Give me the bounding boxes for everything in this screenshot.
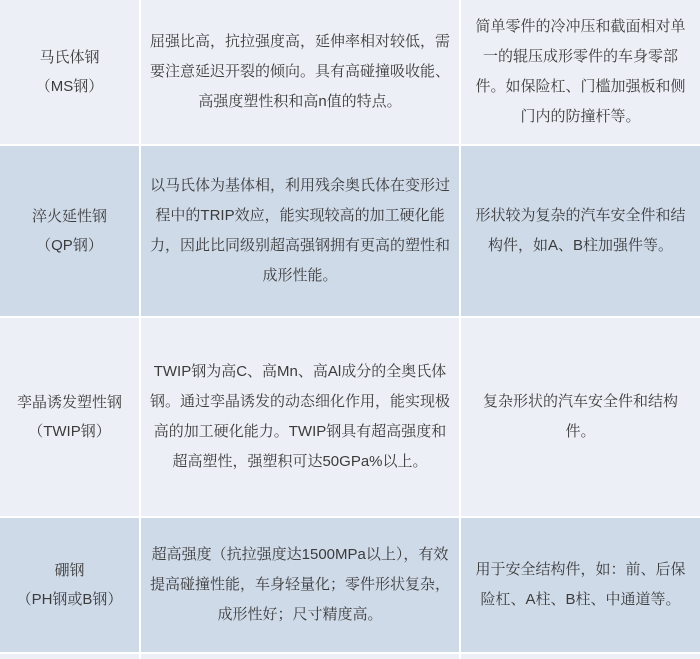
steel-name-cell: 孪晶诱发塑性钢 （TWIP钢）: [0, 318, 139, 516]
steel-name-cell: 淬火延性钢 （QP钢）: [0, 146, 139, 316]
steel-application-cell: 简单零件的冷冲压和截面相对单一的辊压成形零件的车身零部件。如保险杠、门槛加强板和…: [461, 0, 700, 144]
steel-description-cell: 超高强度（抗拉强度达1500MPa以上），有效提高碰撞性能，车身轻量化；零件形状…: [141, 518, 459, 652]
steel-types-table: 马氏体钢 （MS钢） 屈强比高，抗拉强度高，延伸率相对较低，需要注意延迟开裂的倾…: [0, 0, 700, 659]
steel-description-cell: 以马氏体为基体相，利用残余奥氏体在变形过程中的TRIP效应，能实现较高的加工硬化…: [141, 146, 459, 316]
steel-description-cell: 屈强比高，抗拉强度高，延伸率相对较低，需要注意延迟开裂的倾向。具有高碰撞吸收能、…: [141, 0, 459, 144]
steel-name-cell: 马氏体钢 （MS钢）: [0, 0, 139, 144]
steel-application-cell: 用于安全结构件，如：前、后保险杠、A柱、B柱、中通道等。: [461, 518, 700, 652]
partial-next-row-cell: [141, 654, 459, 659]
partial-next-row-cell: [0, 654, 139, 659]
steel-application-cell: 形状较为复杂的汽车安全件和结构件，如A、B柱加强件等。: [461, 146, 700, 316]
steel-application-cell: 复杂形状的汽车安全件和结构件。: [461, 318, 700, 516]
steel-name-cell: 硼钢 （PH钢或B钢）: [0, 518, 139, 652]
partial-next-row-cell: [461, 654, 700, 659]
steel-description-cell: TWIP钢为高C、高Mn、高Al成分的全奥氏体钢。通过孪晶诱发的动态细化作用，能…: [141, 318, 459, 516]
